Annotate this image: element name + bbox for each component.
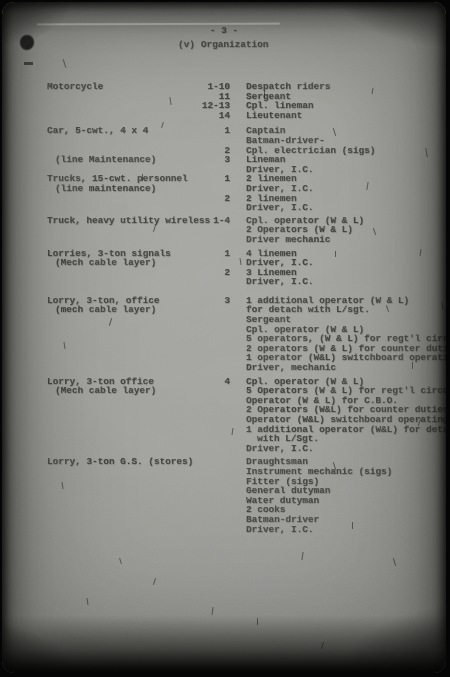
allotment-entry: 2 linemen1Driver, I.C. (246, 174, 446, 193)
table-row: Truck, heavy utility wirelessCpl. operat… (2, 216, 446, 245)
personnel-column: Despatch riders1-10Sergeant11Cpl. linema… (246, 82, 446, 120)
page-number: - 3 - (2, 26, 446, 36)
pencil-dash-mark (24, 62, 33, 65)
allotment-entry: 1 additional operator (W & L)3for detach… (246, 296, 446, 373)
allotment-entry: Lineman3Driver, I.C. (246, 155, 446, 174)
table-row: Lorry, 3-ton G.S. (stores)DraughtsmanIns… (2, 457, 446, 534)
page-content: - 3 - (v) Organization MotorcycleDespatc… (2, 2, 446, 673)
organization-table: MotorcycleDespatch riders1-10Sergeant11C… (2, 82, 446, 534)
personnel-column: Captain1Batman-driver-Cpl. electrician (… (246, 126, 446, 174)
personnel-column: Cpl. operator (W & L)1-42 Operators (W &… (246, 216, 446, 245)
personnel-role: Driver, mechanic (246, 363, 446, 373)
vehicle-label: (line Maintenance) (55, 155, 156, 165)
personnel-column: 1 additional operator (W & L)3for detach… (246, 296, 446, 373)
quantity-value: 3 (184, 296, 230, 306)
personnel-column: 2 linemen1Driver, I.C.2 linemen2Driver, … (246, 174, 446, 212)
vehicle-label: (mech cable layer) (55, 305, 156, 315)
table-row: Trucks, 15-cwt. personnel(line maintenan… (2, 174, 446, 212)
quantity-value: 14 (184, 111, 230, 121)
table-row: MotorcycleDespatch riders1-10Sergeant11C… (2, 82, 446, 120)
quantity-value: 1 (184, 249, 230, 259)
allotment-entry: Cpl. operator (W & L)1-42 Operators (W &… (246, 216, 446, 245)
vehicle-label: (Mech cable layer) (55, 258, 156, 268)
quantity-value: 2 (184, 194, 230, 204)
personnel-role: Driver, I.C. (246, 277, 446, 287)
quantity-value: 4 (184, 377, 230, 387)
quantity-value: 2 (184, 268, 230, 278)
allotment-entry: DraughtsmanInstrument mechanic (sigs)Fit… (246, 457, 446, 534)
allotment-entry: Cpl. operator (W & L)45 Operators (W & L… (246, 377, 446, 454)
allotment-entry: 3 Linemen2Driver, I.C. (246, 268, 446, 287)
allotment-entry: Captain1Batman-driver- (246, 126, 446, 145)
vehicle-label: Lorry, 3-ton G.S. (stores) (47, 457, 193, 467)
vehicle-label: Car, 5-cwt., 4 x 4 (47, 126, 148, 136)
table-row: Lorries, 3-ton signals(Mech cable layer)… (2, 249, 446, 287)
section-title: Organization (201, 40, 269, 50)
quantity-value: 1 (184, 174, 230, 184)
personnel-column: Cpl. operator (W & L)45 Operators (W & L… (246, 377, 446, 454)
personnel-role: Driver, I.C. (246, 203, 446, 213)
personnel-role: Driver, I.C. (246, 444, 446, 454)
quantity-value: 1 (184, 126, 230, 136)
section-label: (v) (178, 40, 195, 50)
vehicle-label: (line maintenance) (55, 184, 156, 194)
personnel-role: Lieutenant14 (246, 111, 446, 121)
personnel-column: DraughtsmanInstrument mechanic (sigs)Fit… (246, 457, 446, 534)
personnel-column: 4 linemen1Driver, I.C.3 Linemen2Driver, … (246, 249, 446, 287)
personnel-role: Driver, I.C. (246, 525, 446, 535)
table-row: Car, 5-cwt., 4 x 4(line Maintenance)Capt… (2, 126, 446, 174)
allotment-entry: 2 linemen2Driver, I.C. (246, 194, 446, 213)
section-heading: (v) Organization (178, 40, 268, 50)
table-row: Lorry, 3-ton office(Mech cable layer)Cpl… (2, 377, 446, 454)
punch-hole (20, 35, 34, 50)
allotment-entry: Lieutenant14 (246, 111, 446, 121)
table-row: Lorry, 3-ton, office(mech cable layer)1 … (2, 296, 446, 373)
quantity-value: 1-4 (184, 216, 230, 226)
personnel-role: Driver mechanic (246, 235, 446, 245)
vehicle-label: (Mech cable layer) (55, 386, 156, 396)
document-page: - 3 - (v) Organization MotorcycleDespatc… (2, 2, 446, 673)
allotment-entry: 4 linemen1Driver, I.C. (246, 249, 446, 268)
quantity-value: 3 (184, 155, 230, 165)
vehicle-label: Motorcycle (47, 82, 103, 92)
